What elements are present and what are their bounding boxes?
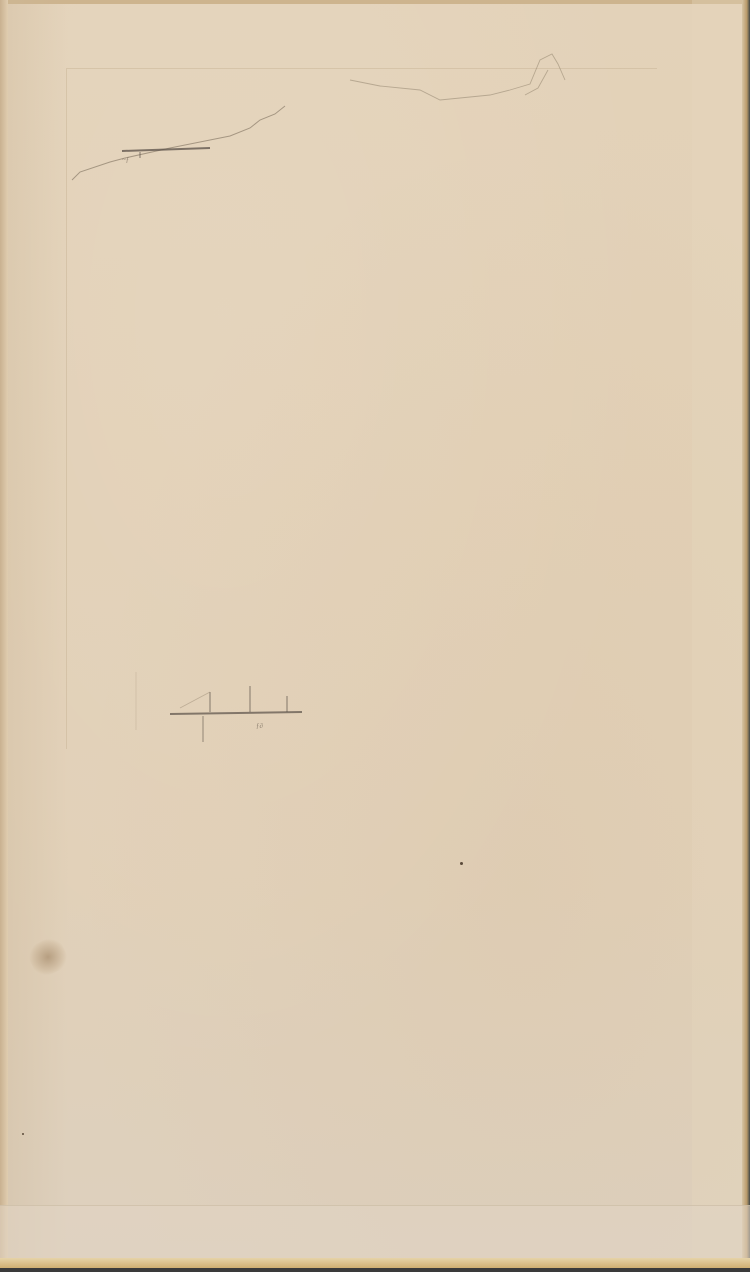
right-edge (742, 0, 750, 1268)
svg-text:~ƒ: ~ƒ (122, 156, 130, 164)
top-edge (0, 0, 750, 4)
bottom-edge (0, 1258, 750, 1268)
right-band (692, 0, 742, 1268)
left-edge (0, 0, 8, 1268)
svg-text:ƒ∂: ƒ∂ (256, 722, 264, 730)
top-sketch: ~ƒ (60, 40, 580, 200)
speck (22, 1133, 24, 1135)
speck (460, 862, 463, 865)
paper-page: ~ƒ ƒ∂ (0, 0, 750, 1268)
bottom-band (0, 1205, 750, 1261)
middle-sketch: ƒ∂ (70, 650, 390, 760)
left-shade (8, 0, 68, 1268)
